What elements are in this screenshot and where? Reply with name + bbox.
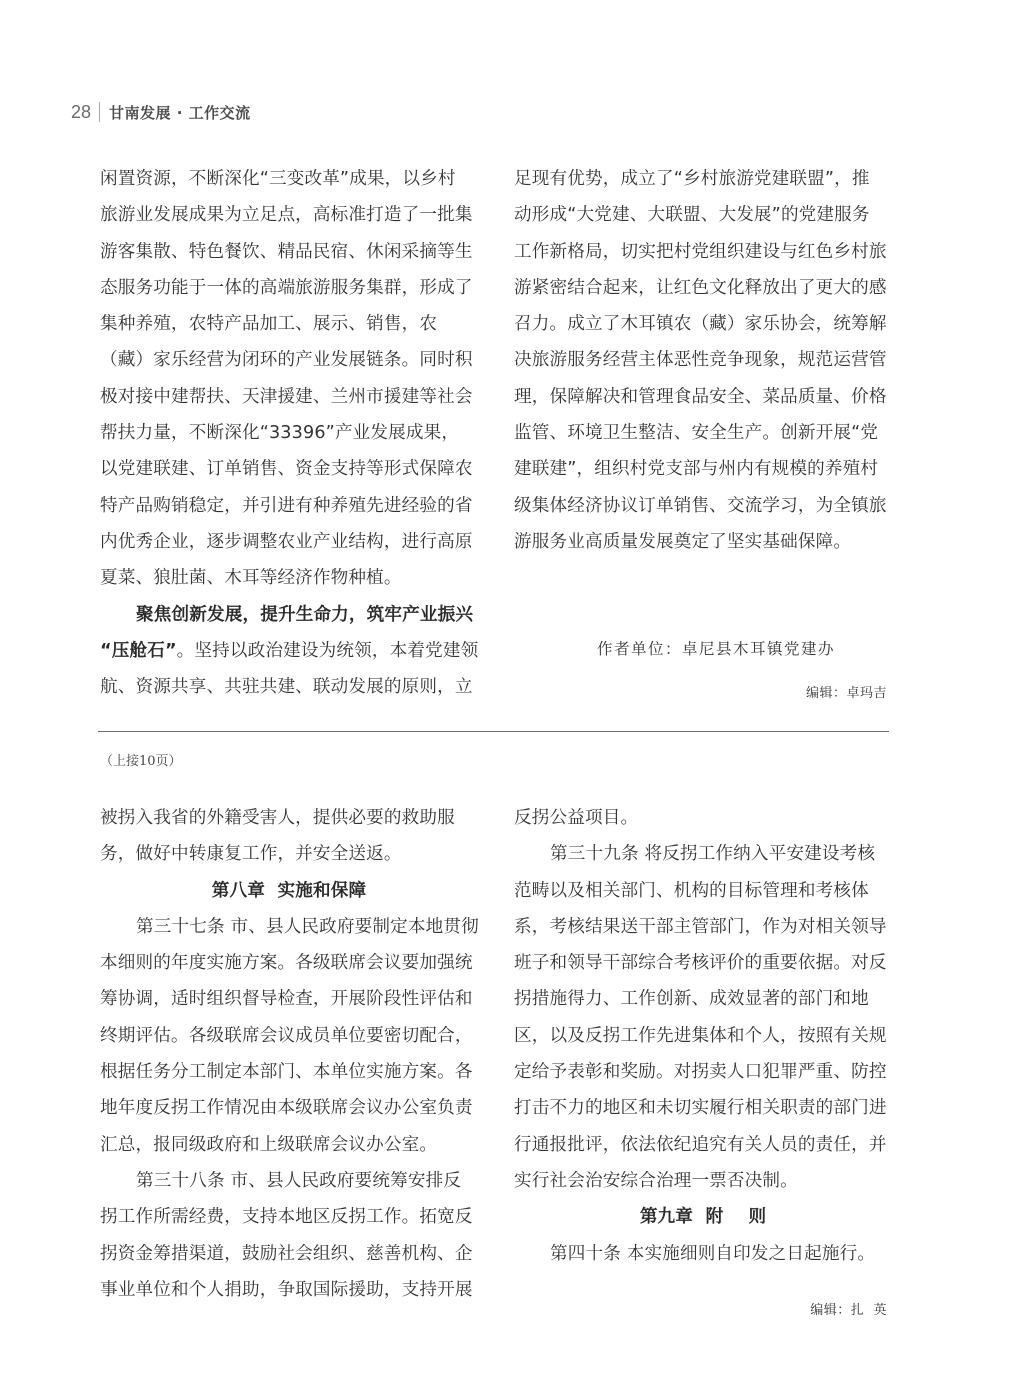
text-line: 动形成“大党建、大联盟、大发展”的党建服务 bbox=[514, 197, 892, 233]
chapter-heading: 第九章 附 则 bbox=[514, 1199, 892, 1235]
text-line: 行通报批评，依法依纪追究有关人员的责任，并 bbox=[514, 1127, 892, 1163]
text-line: 系，考核结果送干部主管部门，作为对相关领导 bbox=[514, 909, 892, 945]
article-clause-start: 第三十九条 将反拐工作纳入平安建设考核 bbox=[514, 836, 892, 872]
section-divider bbox=[98, 731, 889, 732]
text-line: 汇总，报同级政府和上级联席会议办公室。 bbox=[100, 1127, 478, 1163]
article-clause-start: 第三十七条 市、县人民政府要制定本地贯彻 bbox=[100, 909, 478, 945]
text-line: 定给予表彰和奖励。对拐卖人口犯罪严重、防控 bbox=[514, 1054, 892, 1090]
text-line: 被拐入我省的外籍受害人，提供必要的救助服 bbox=[100, 800, 478, 836]
text-line: 旅游业发展成果为立足点，高标准打造了一批集 bbox=[100, 197, 478, 233]
section-heading-continuation: “压舱石”。坚持以政治建设为统领，本着党建领 bbox=[100, 633, 478, 669]
text-line: 地年度反拐工作情况由本级联席会议办公室负责 bbox=[100, 1090, 478, 1126]
text-line: 根据任务分工制定本部门、本单位实施方案。各 bbox=[100, 1054, 478, 1090]
text-span: 。坚持以政治建设为统领，本着党建领 bbox=[177, 641, 479, 661]
text-line: 内优秀企业，逐步调整农业产业结构，进行高原 bbox=[100, 524, 478, 560]
text-line: 本细则的年度实施方案。各级联席会议要加强统 bbox=[100, 945, 478, 981]
text-line: 打击不力的地区和未切实履行相关职责的部门进 bbox=[514, 1090, 892, 1126]
text-line: 拐资金筹措渠道，鼓励社会组织、慈善机构、企 bbox=[100, 1236, 478, 1272]
text-line: 夏菜、狼肚菌、木耳等经济作物种植。 bbox=[100, 560, 478, 596]
article2-right-column: 反拐公益项目。第三十九条 将反拐工作纳入平安建设考核范畴以及相关部门、机构的目标… bbox=[514, 800, 892, 1272]
text-line: 班子和领导干部综合考核评价的重要依据。对反 bbox=[514, 945, 892, 981]
article2-editor: 编辑：扎 英 bbox=[810, 1299, 887, 1318]
chapter-heading: 第八章 实施和保障 bbox=[100, 873, 478, 909]
text-line: 范畴以及相关部门、机构的目标管理和考核体 bbox=[514, 873, 892, 909]
text-line: 实行社会治安综合治理一票否决制。 bbox=[514, 1163, 892, 1199]
header-divider bbox=[99, 102, 100, 122]
article-clause-start: 第四十条 本实施细则自印发之日起施行。 bbox=[514, 1236, 892, 1272]
article2-left-column: 被拐入我省的外籍受害人，提供必要的救助服务，做好中转康复工作，并安全送返。第八章… bbox=[100, 800, 478, 1308]
text-line: 召力。成立了木耳镇农（藏）家乐协会，统筹解 bbox=[514, 306, 892, 342]
text-line: 区，以及反拐工作先进集体和个人，按照有关规 bbox=[514, 1018, 892, 1054]
article1-left-column: 闲置资源，不断深化“三变改革”成果，以乡村旅游业发展成果为立足点，高标准打造了一… bbox=[100, 161, 478, 705]
text-line: 游服务业高质量发展奠定了坚实基础保障。 bbox=[514, 524, 892, 560]
author-unit: 作者单位：卓尼县木耳镇党建办 bbox=[597, 637, 835, 659]
page-number: 28 bbox=[71, 102, 91, 123]
text-line: 拐措施得力、工作创新、成效显著的部门和地 bbox=[514, 981, 892, 1017]
publication-title: 甘南发展 · 工作交流 bbox=[109, 102, 251, 123]
text-line: 集种养殖，农特产品加工、展示、销售，农 bbox=[100, 306, 478, 342]
text-line: 监管、环境卫生整洁、安全生产。创新开展“党 bbox=[514, 415, 892, 451]
text-line: 建联建”，组织村党支部与州内有规模的养殖村 bbox=[514, 451, 892, 487]
text-line: 级集体经济协议订单销售、交流学习，为全镇旅 bbox=[514, 488, 892, 524]
text-line: 游紧密结合起来，让红色文化释放出了更大的感 bbox=[514, 270, 892, 306]
text-line: 足现有优势，成立了“乡村旅游党建联盟”，推 bbox=[514, 161, 892, 197]
text-line: 事业单位和个人捐助，争取国际援助，支持开展 bbox=[100, 1272, 478, 1308]
article1-right-column: 足现有优势，成立了“乡村旅游党建联盟”，推动形成“大党建、大联盟、大发展”的党建… bbox=[514, 161, 892, 560]
text-line: 拐工作所需经费，支持本地区反拐工作。拓宽反 bbox=[100, 1199, 478, 1235]
section-heading: 聚焦创新发展，提升生命力，筑牢产业振兴 bbox=[100, 597, 478, 633]
text-line: 反拐公益项目。 bbox=[514, 800, 892, 836]
text-line: 理，保障解决和管理食品安全、菜品质量、价格 bbox=[514, 379, 892, 415]
bold-phrase: “压舱石” bbox=[100, 641, 177, 661]
text-line: 帮扶力量，不断深化“33396”产业发展成果， bbox=[100, 415, 478, 451]
text-line: 游客集散、特色餐饮、精品民宿、休闲采摘等生 bbox=[100, 234, 478, 270]
text-line: 极对接中建帮扶、天津援建、兰州市援建等社会 bbox=[100, 379, 478, 415]
text-line: 以党建联建、订单销售、资金支持等形式保障农 bbox=[100, 451, 478, 487]
text-line: 特产品购销稳定，并引进有种养殖先进经验的省 bbox=[100, 488, 478, 524]
continued-from-note: （上接10页） bbox=[100, 750, 182, 769]
article1-editor: 编辑：卓玛吉 bbox=[806, 682, 887, 701]
text-line: （藏）家乐经营为闭环的产业发展链条。同时积 bbox=[100, 342, 478, 378]
text-line: 务，做好中转康复工作，并安全送返。 bbox=[100, 836, 478, 872]
text-line: 航、资源共享、共驻共建、联动发展的原则，立 bbox=[100, 669, 478, 705]
text-line: 终期评估。各级联席会议成员单位要密切配合， bbox=[100, 1018, 478, 1054]
running-head: 28 甘南发展 · 工作交流 bbox=[71, 100, 251, 124]
text-line: 态服务功能于一体的高端旅游服务集群，形成了 bbox=[100, 270, 478, 306]
text-line: 筹协调，适时组织督导检查，开展阶段性评估和 bbox=[100, 981, 478, 1017]
text-line: 决旅游服务经营主体恶性竞争现象，规范运营管 bbox=[514, 342, 892, 378]
text-line: 闲置资源，不断深化“三变改革”成果，以乡村 bbox=[100, 161, 478, 197]
text-line: 工作新格局，切实把村党组织建设与红色乡村旅 bbox=[514, 234, 892, 270]
article-clause-start: 第三十八条 市、县人民政府要统筹安排反 bbox=[100, 1163, 478, 1199]
